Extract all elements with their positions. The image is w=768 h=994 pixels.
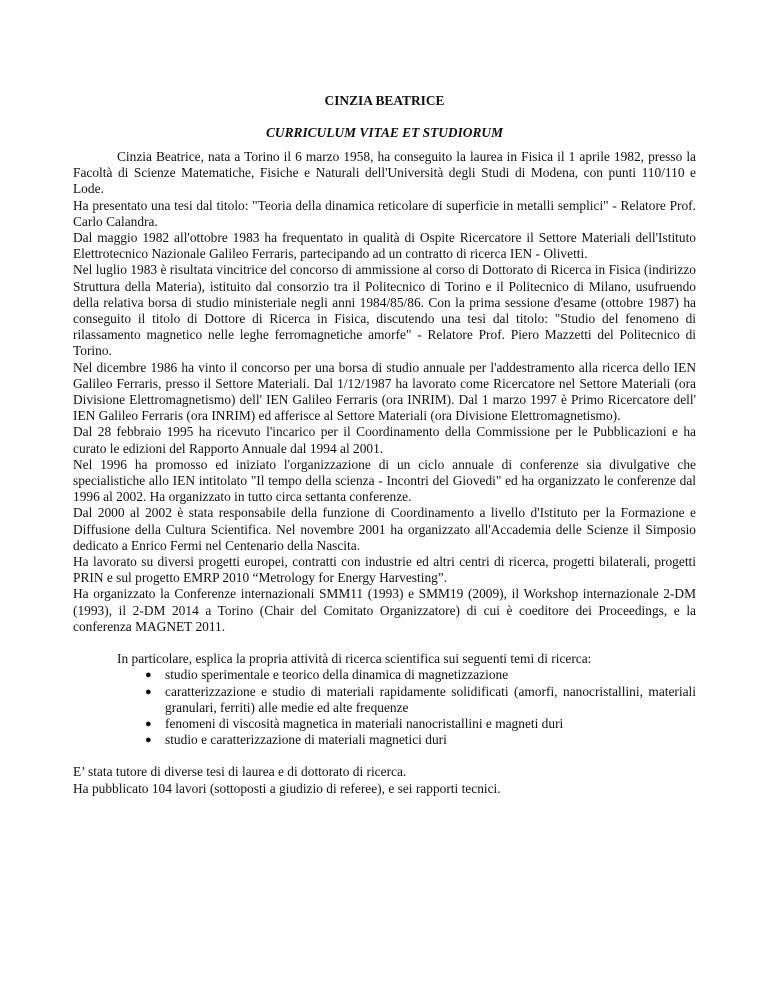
paragraph-tutoring: E’ stata tutore di diverse tesi di laure… (73, 764, 696, 780)
document-body: Cinzia Beatrice, nata a Torino il 6 marz… (73, 149, 696, 797)
paragraph-thesis: Ha presentato una tesi dal titolo: "Teor… (73, 198, 696, 230)
research-topic-text: caratterizzazione e studio di materiali … (165, 684, 696, 715)
document-title: CINZIA BEATRICE (73, 93, 696, 109)
paragraph-conference-cycle: Nel 1996 ha promosso ed iniziato l'organ… (73, 457, 696, 506)
bullet-icon: ● (145, 667, 152, 683)
research-topic-text: fenomeni di viscosità magnetica in mater… (165, 716, 563, 731)
paragraph-scientific-culture: Dal 2000 al 2002 è stata responsabile de… (73, 505, 696, 554)
research-topic-text: studio e caratterizzazione di materiali … (165, 732, 447, 747)
paragraph-phd: Nel luglio 1983 è risultata vincitrice d… (73, 262, 696, 359)
paragraph-conferences-organized: Ha organizzato la Conferenze internazion… (73, 586, 696, 635)
paragraph-publications-count: Ha pubblicato 104 lavori (sottoposti a g… (73, 781, 696, 797)
research-topic-item: ● caratterizzazione e studio di material… (165, 684, 696, 716)
paragraph-career: Nel dicembre 1986 ha vinto il concorso p… (73, 360, 696, 425)
research-topics-list: ● studio sperimentale e teorico della di… (73, 667, 696, 748)
research-topic-item: ● studio e caratterizzazione di material… (165, 732, 696, 748)
research-topic-text: studio sperimentale e teorico della dina… (165, 667, 508, 682)
bullet-icon: ● (145, 716, 152, 732)
research-topics-intro: In particolare, esplica la propria attiv… (117, 651, 696, 667)
research-topic-item: ● studio sperimentale e teorico della di… (165, 667, 696, 683)
closing-section: E’ stata tutore di diverse tesi di laure… (73, 764, 696, 796)
paragraph-guest-researcher: Dal maggio 1982 all'ottobre 1983 ha freq… (73, 230, 696, 262)
paragraph-publications-commission: Dal 28 febbraio 1995 ha ricevuto l'incar… (73, 424, 696, 456)
paragraph-birth-degree: Cinzia Beatrice, nata a Torino il 6 marz… (73, 149, 696, 198)
bullet-icon: ● (145, 732, 152, 748)
paragraph-projects: Ha lavorato su diversi progetti europei,… (73, 554, 696, 586)
bullet-icon: ● (145, 684, 152, 700)
research-topic-item: ● fenomeni di viscosità magnetica in mat… (165, 716, 696, 732)
document-subtitle: CURRICULUM VITAE ET STUDIORUM (73, 125, 696, 141)
